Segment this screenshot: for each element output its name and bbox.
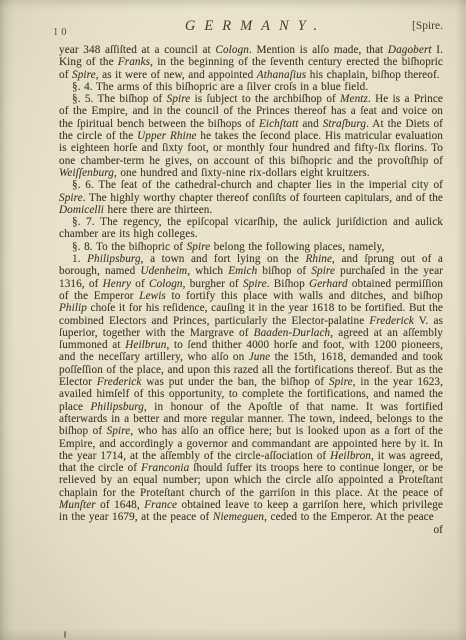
running-title: GERMANY. — [59, 18, 443, 35]
paragraph: §. 4. The arms of this biſhopric are a ſ… — [59, 81, 443, 93]
text-run: . Biſhop — [267, 278, 309, 290]
text-run: Gerhard — [309, 278, 348, 290]
catchword: of — [59, 524, 443, 536]
text-run: Straſburg — [323, 118, 366, 130]
page-body: year 348 aſſiſted at a council at Cologn… — [59, 44, 443, 536]
text-run: Spire — [329, 376, 353, 388]
text-run: Weiſſenburg — [59, 167, 114, 179]
text-run: , burgher of — [183, 278, 243, 290]
text-run: biſhop of — [257, 265, 311, 277]
text-run: , which — [187, 265, 228, 277]
text-run: Cologn — [215, 44, 249, 56]
text-run: Spire — [311, 265, 335, 277]
text-run: Eichſtatt — [259, 118, 298, 130]
text-run: Heilbron — [330, 450, 371, 462]
text-run: . Mention is alſo made, that — [249, 44, 388, 56]
text-run: Lewis — [139, 290, 166, 302]
text-run: 1. — [72, 253, 87, 265]
text-run: , as it were of new, and appointed — [96, 69, 257, 81]
text-run: Philipsburg — [87, 253, 141, 265]
book-page-scan: 10 GERMANY. [Spire. year 348 aſſiſted at… — [0, 0, 466, 640]
paragraph: 1. Philipsburg, a town and fort lying on… — [59, 253, 443, 524]
paragraph: §. 6. The ſeat of the cathedral-church a… — [59, 179, 443, 216]
text-run: and — [298, 118, 322, 130]
text-run: Frederick — [97, 376, 142, 388]
text-run: Spire — [107, 425, 131, 437]
text-run: . The highly worthy chapter thereof conſ… — [83, 192, 443, 204]
text-run: §. 6. The ſeat of the cathedral-church a… — [72, 179, 443, 191]
text-run: Spire — [187, 241, 211, 253]
text-run: Spire — [167, 93, 191, 105]
text-run: Emich — [228, 265, 257, 277]
text-run: Philipsburg — [90, 401, 144, 413]
paragraph: year 348 aſſiſted at a council at Cologn… — [59, 44, 443, 81]
text-run: Athanaſius — [257, 69, 306, 81]
text-run: §. 4. The arms of this biſhopric are a ſ… — [72, 81, 368, 93]
paragraph: §. 8. To the biſhopric of Spire belong t… — [59, 241, 443, 253]
text-run: , one hundred and ſixty-nine rix-dollars… — [114, 167, 370, 179]
text-run: Spire — [243, 278, 267, 290]
text-run: , ceded to the Emperor. At the peace — [264, 511, 434, 523]
text-run: Niemeguen — [213, 511, 264, 523]
text-run: Henry — [103, 278, 131, 290]
text-run: belong the following places, namely, — [210, 241, 384, 253]
text-run: Udenheim — [140, 265, 187, 277]
text-run: Dagobert — [388, 44, 432, 56]
text-run: §. 7. The regency, the epiſcopal vicarſh… — [59, 216, 443, 240]
text-run: Mentz — [340, 93, 368, 105]
text-run: §. 5. The biſhop of — [72, 93, 167, 105]
text-run: his chaplain, biſhop thereof. — [306, 69, 439, 81]
text-run: Baaden-Durlach — [254, 327, 331, 339]
text-run: year 348 aſſiſted at a council at — [59, 44, 215, 56]
text-run: Philip — [59, 302, 87, 314]
text-run: is ſubject to the archbiſhop of — [190, 93, 340, 105]
text-run: Franks — [118, 56, 150, 68]
text-run: to fortify this place with walls and dit… — [166, 290, 443, 302]
text-run: Rhine — [305, 253, 332, 265]
text-run: of 1648, — [96, 499, 144, 511]
header-catch-title: [Spire. — [412, 20, 443, 32]
text-run: Franconia — [141, 462, 189, 474]
text-run: Munſter — [59, 499, 96, 511]
text-run: Spire — [59, 192, 83, 204]
text-run: Cologn — [149, 278, 183, 290]
text-run: France — [144, 499, 177, 511]
text-run: June — [249, 351, 271, 363]
text-run: was put under the ban, the biſhop of — [141, 376, 329, 388]
scan-artifact — [64, 631, 66, 638]
text-run: Spire — [72, 69, 96, 81]
text-run: Frederick — [369, 315, 414, 327]
text-run: §. 8. To the biſhopric of — [72, 241, 187, 253]
paragraph: §. 5. The biſhop of Spire is ſubject to … — [59, 93, 443, 179]
paragraph: §. 7. The regency, the epiſcopal vicarſh… — [59, 216, 443, 241]
text-run: , a town and fort lying on the — [141, 253, 306, 265]
text-run: Upper Rhine — [137, 130, 196, 142]
text-run: here there are thirteen. — [104, 204, 212, 216]
text-run: Domicelli — [59, 204, 104, 216]
text-run: of — [131, 278, 149, 290]
text-run: Heilbrun — [125, 339, 166, 351]
